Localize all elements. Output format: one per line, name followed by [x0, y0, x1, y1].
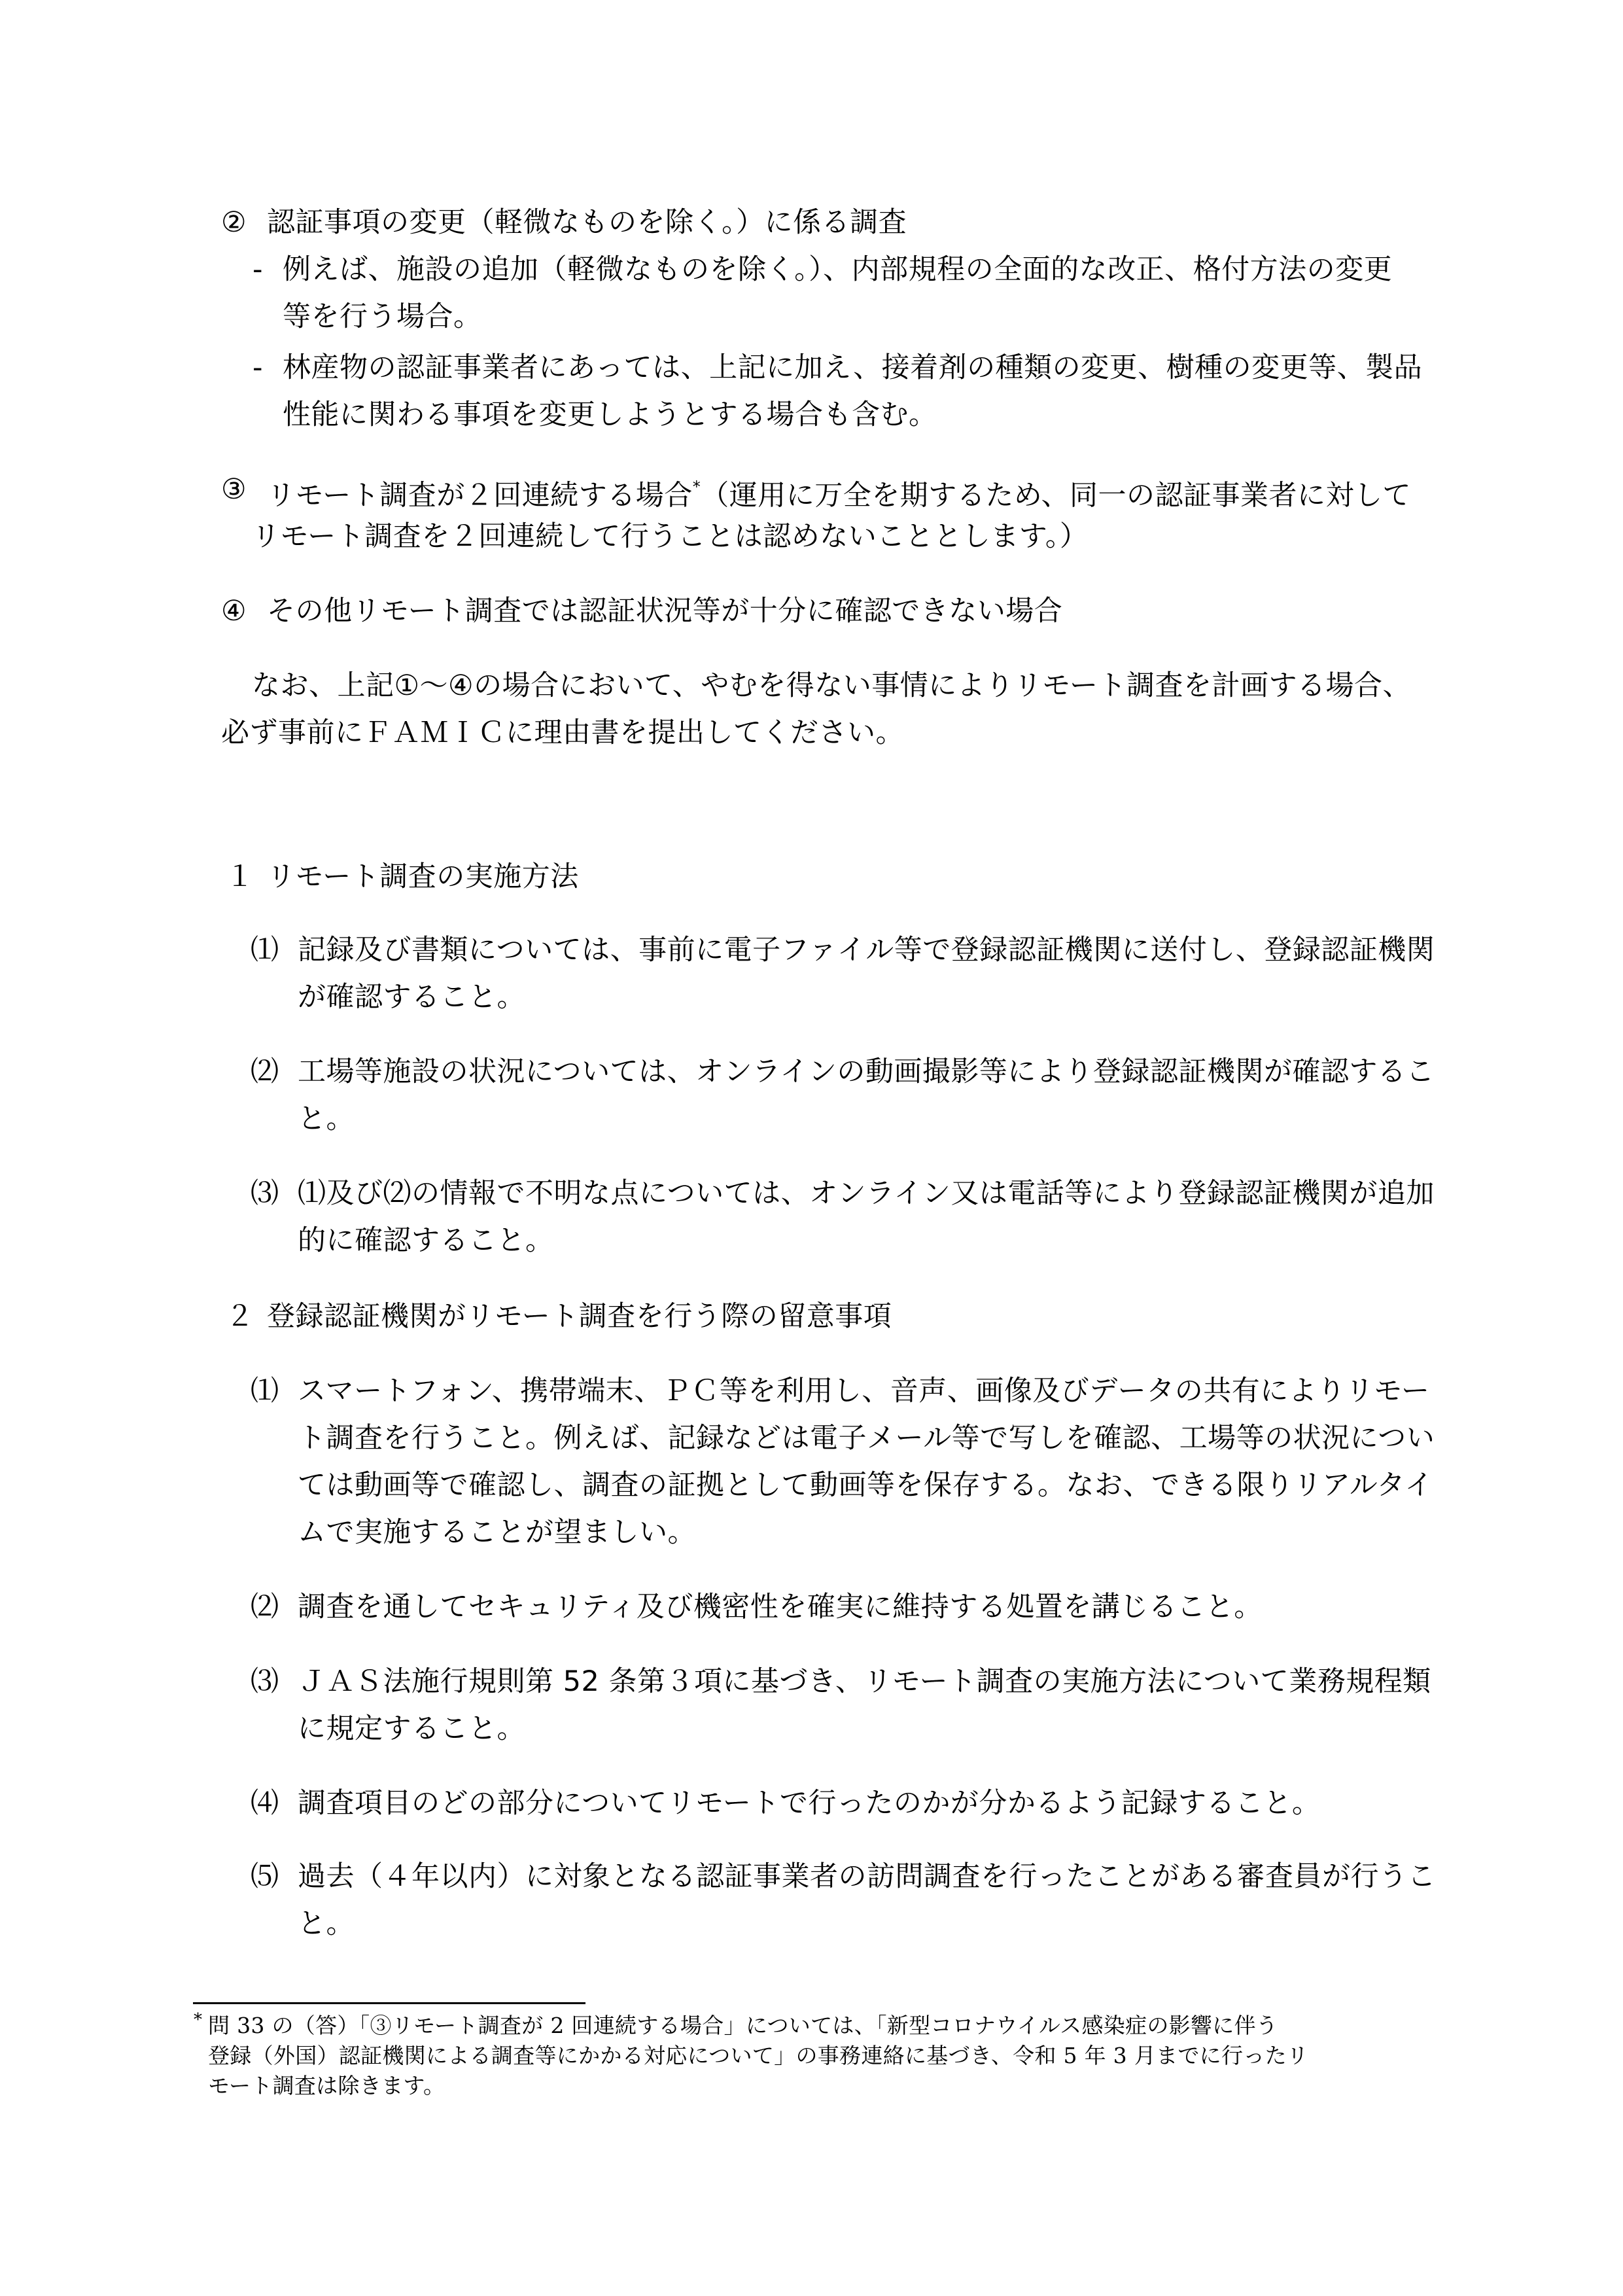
s2-item-3-line-1: ＪＡＳ法施行規則第 52 条第３項に基づき、リモート調査の実施方法について業務規…: [298, 1663, 1431, 1700]
s1-item-1-line-1: 記録及び書類については、事前に電子ファイル等で登録認証機関に送付し、登録認証機関: [298, 932, 1435, 968]
item-4-title: その他リモート調査では認証状況等が十分に確認できない場合: [267, 593, 1062, 629]
s1-item-3-line-2: 的に確認すること。: [298, 1222, 554, 1259]
item-3-line-1-a: リモート調査が２回連続する場合: [267, 479, 693, 512]
s2-item-1-line-3: ては動画等で確認し、調査の証拠として動画等を保存する。なお、できる限りリアルタイ: [298, 1467, 1433, 1504]
section-2-title: 登録認証機関がリモート調査を行う際の留意事項: [267, 1298, 892, 1335]
item-3-line-1: リモート調査が２回連続する場合*（運用に万全を期するため、同一の認証事業者に対し…: [267, 471, 1411, 514]
s2-item-1-line-1: スマートフォン、携帯端末、ＰＣ等を利用し、音声、画像及びデータの共有によりリモー: [298, 1373, 1430, 1409]
section-2-number: ２: [226, 1298, 254, 1335]
footnote-reference[interactable]: *: [693, 478, 701, 496]
footnote-line-3: モート調査は除きます。: [208, 2072, 445, 2100]
s2-item-1-line-4: ムで実施することが望ましい。: [298, 1514, 696, 1551]
s2-item-5-marker: ⑸: [251, 1858, 279, 1895]
s1-item-3-marker: ⑶: [251, 1175, 279, 1212]
s1-item-2-line-1: 工場等施設の状況については、オンラインの動画撮影等により登録認証機関が確認するこ: [298, 1053, 1435, 1090]
s1-item-3-line-1: ⑴及び⑵の情報で不明な点については、オンライン又は電話等により登録認証機関が追加: [298, 1175, 1435, 1212]
s1-item-2-line-2: と。: [298, 1101, 355, 1137]
bullet-2-line-1: 林産物の認証事業者にあっては、上記に加え、接着剤の種類の変更、樹種の変更等、製品: [283, 349, 1422, 386]
footnote-line-1: 問 33 の（答）「③リモート調査が 2 回連続する場合」については、「新型コロ…: [208, 2011, 1278, 2040]
item-4-marker: ④: [221, 593, 247, 629]
s1-item-2-marker: ⑵: [251, 1053, 279, 1090]
footnote-line-2: 登録（外国）認証機関による調査等にかかる対応について」の事務連絡に基づき、令和 …: [208, 2041, 1308, 2070]
s2-item-1-line-2: ト調査を行うこと。例えば、記録などは電子メール等で写しを確認、工場等の状況につい: [298, 1420, 1435, 1457]
item-2-title: 認証事項の変更（軽微なものを除く。）に係る調査: [267, 204, 907, 241]
bullet-1-line-2: 等を行う場合。: [283, 298, 482, 335]
s1-item-1-marker: ⑴: [251, 932, 279, 968]
note-line-2: 必ず事前にＦＡＭＩＣに理由書を提出してください。: [221, 715, 904, 751]
item-3-line-1-b: （運用に万全を期するため、同一の認証事業者に対して: [701, 479, 1411, 512]
s2-item-2-line-1: 調査を通してセキュリティ及び機密性を確実に維持する処置を講じること。: [298, 1589, 1263, 1625]
s2-item-5-line-1: 過去（４年以内）に対象となる認証事業者の訪問調査を行ったことがある審査員が行うこ: [298, 1858, 1436, 1895]
document-page: ② 認証事項の変更（軽微なものを除く。）に係る調査 - 例えば、施設の追加（軽微…: [0, 0, 1623, 2296]
footnote-marker: *: [194, 2010, 202, 2030]
section-1-title: リモート調査の実施方法: [267, 858, 579, 895]
s1-item-1-line-2: が確認すること。: [298, 979, 525, 1016]
bullet-2-line-2: 性能に関わる事項を変更しようとする場合も含む。: [283, 397, 937, 433]
item-2-marker: ②: [221, 204, 247, 241]
s2-item-3-line-2: に規定すること。: [298, 1710, 525, 1747]
s2-item-4-marker: ⑷: [251, 1785, 279, 1822]
s2-item-2-marker: ⑵: [251, 1589, 279, 1625]
item-3-marker: ③: [221, 471, 247, 508]
s2-item-1-marker: ⑴: [251, 1373, 279, 1409]
section-1-number: １: [226, 858, 254, 895]
bullet-2-marker: -: [253, 349, 263, 386]
item-3-line-2: リモート調査を２回連続して行うことは認めないこととします。）: [252, 518, 1088, 555]
bullet-1-line-1: 例えば、施設の追加（軽微なものを除く。）、内部規程の全面的な改正、格付方法の変更: [283, 251, 1392, 288]
footnote-separator: [193, 2002, 585, 2004]
s2-item-3-marker: ⑶: [251, 1663, 279, 1700]
bullet-1-marker: -: [253, 251, 263, 288]
note-line-1: なお、上記①～④の場合において、やむを得ない事情によりリモート調査を計画する場合…: [252, 667, 1411, 704]
s2-item-5-line-2: と。: [298, 1905, 355, 1942]
s2-item-4-line-1: 調査項目のどの部分についてリモートで行ったのかが分かるよう記録すること。: [298, 1785, 1320, 1822]
